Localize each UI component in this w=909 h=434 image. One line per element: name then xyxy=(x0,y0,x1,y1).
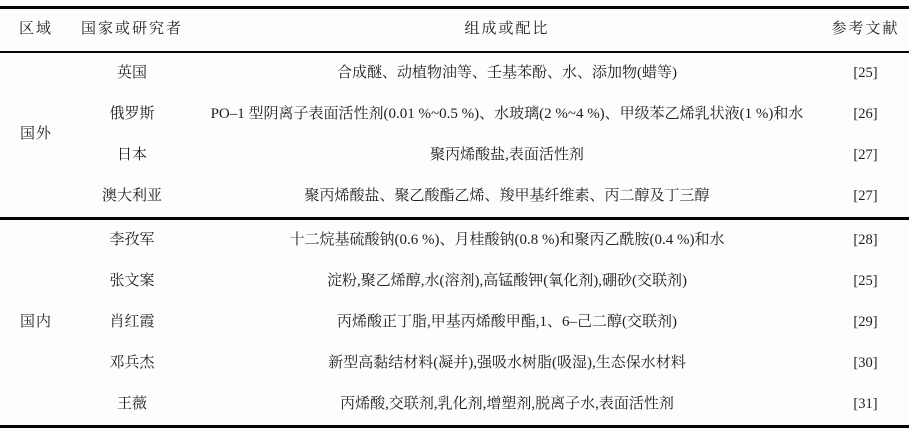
reference-cell: [29] xyxy=(822,302,909,343)
region-label-foreign: 国外 xyxy=(0,52,72,219)
section-domestic: 国内 李孜军 十二烷基硫酸钠(0.6 %)、月桂酸钠(0.8 %)和聚丙乙酰胺(… xyxy=(0,218,909,426)
composition-cell: 聚丙烯酸盐,表面活性剂 xyxy=(192,135,822,176)
reference-cell: [25] xyxy=(822,52,909,94)
section-foreign: 国外 英国 合成醚、动植物油等、壬基苯酚、水、添加物(蜡等) [25] 俄罗斯 … xyxy=(0,52,909,219)
reference-cell: [25] xyxy=(822,261,909,302)
composition-cell: 淀粉,聚乙烯醇,水(溶剂),高锰酸钾(氧化剂),硼砂(交联剂) xyxy=(192,261,822,302)
reference-cell: [26] xyxy=(822,94,909,135)
table-row: 王薇 丙烯酸,交联剂,乳化剂,增塑剂,脱离子水,表面活性剂 [31] xyxy=(0,384,909,427)
region-label-domestic: 国内 xyxy=(0,218,72,426)
reference-cell: [27] xyxy=(822,176,909,219)
header-reference: 参考文献 xyxy=(822,8,909,52)
entity-cell: 邓兵杰 xyxy=(72,343,192,384)
entity-cell: 李孜军 xyxy=(72,218,192,261)
entity-cell: 日本 xyxy=(72,135,192,176)
header-entity: 国家或研究者 xyxy=(72,8,192,52)
composition-cell: 新型高黏结材料(凝并),强吸水树脂(吸湿),生态保水材料 xyxy=(192,343,822,384)
header-region: 区域 xyxy=(0,8,72,52)
composition-cell: 合成醚、动植物油等、壬基苯酚、水、添加物(蜡等) xyxy=(192,52,822,94)
table-header: 区域 国家或研究者 组成或配比 参考文献 xyxy=(0,8,909,52)
entity-cell: 英国 xyxy=(72,52,192,94)
header-composition: 组成或配比 xyxy=(192,8,822,52)
table-row: 澳大利亚 聚丙烯酸盐、聚乙酸酯乙烯、羧甲基纤维素、丙二醇及丁三醇 [27] xyxy=(0,176,909,219)
table-row: 张文案 淀粉,聚乙烯醇,水(溶剂),高锰酸钾(氧化剂),硼砂(交联剂) [25] xyxy=(0,261,909,302)
table-row: 国外 英国 合成醚、动植物油等、壬基苯酚、水、添加物(蜡等) [25] xyxy=(0,52,909,94)
entity-cell: 澳大利亚 xyxy=(72,176,192,219)
composition-table: 区域 国家或研究者 组成或配比 参考文献 国外 英国 合成醚、动植物油等、壬基苯… xyxy=(0,6,909,428)
table-row: 邓兵杰 新型高黏结材料(凝并),强吸水树脂(吸湿),生态保水材料 [30] xyxy=(0,343,909,384)
entity-cell: 张文案 xyxy=(72,261,192,302)
reference-cell: [30] xyxy=(822,343,909,384)
page: 区域 国家或研究者 组成或配比 参考文献 国外 英国 合成醚、动植物油等、壬基苯… xyxy=(0,0,909,434)
header-row: 区域 国家或研究者 组成或配比 参考文献 xyxy=(0,8,909,52)
composition-cell: 聚丙烯酸盐、聚乙酸酯乙烯、羧甲基纤维素、丙二醇及丁三醇 xyxy=(192,176,822,219)
table-row: 俄罗斯 PO–1 型阴离子表面活性剂(0.01 %~0.5 %)、水玻璃(2 %… xyxy=(0,94,909,135)
composition-cell: 丙烯酸,交联剂,乳化剂,增塑剂,脱离子水,表面活性剂 xyxy=(192,384,822,427)
table-row: 国内 李孜军 十二烷基硫酸钠(0.6 %)、月桂酸钠(0.8 %)和聚丙乙酰胺(… xyxy=(0,218,909,261)
entity-cell: 王薇 xyxy=(72,384,192,427)
entity-cell: 俄罗斯 xyxy=(72,94,192,135)
table-row: 日本 聚丙烯酸盐,表面活性剂 [27] xyxy=(0,135,909,176)
table-row: 肖红霞 丙烯酸正丁脂,甲基丙烯酸甲酯,1、6–己二醇(交联剂) [29] xyxy=(0,302,909,343)
reference-cell: [27] xyxy=(822,135,909,176)
entity-cell: 肖红霞 xyxy=(72,302,192,343)
composition-cell: PO–1 型阴离子表面活性剂(0.01 %~0.5 %)、水玻璃(2 %~4 %… xyxy=(192,94,822,135)
reference-cell: [28] xyxy=(822,218,909,261)
reference-cell: [31] xyxy=(822,384,909,427)
composition-cell: 丙烯酸正丁脂,甲基丙烯酸甲酯,1、6–己二醇(交联剂) xyxy=(192,302,822,343)
composition-cell: 十二烷基硫酸钠(0.6 %)、月桂酸钠(0.8 %)和聚丙乙酰胺(0.4 %)和… xyxy=(192,218,822,261)
